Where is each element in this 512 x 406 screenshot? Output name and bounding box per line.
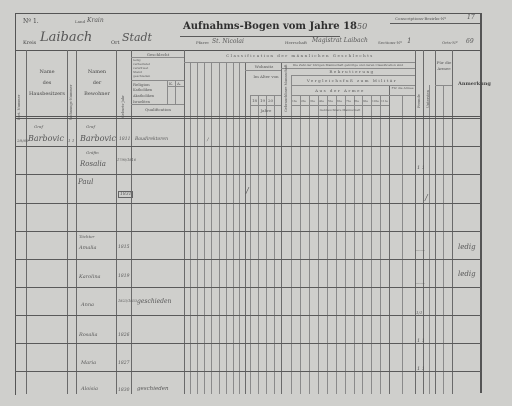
army-col-7: 7te — [346, 99, 354, 103]
land-label: Land — [75, 19, 85, 24]
army-col-1: 1fe — [292, 99, 301, 103]
col-bewohner-l3: Bewohner — [78, 89, 116, 100]
kreis-value: Laibach — [40, 30, 92, 45]
row5-marks: —— — [415, 281, 425, 287]
row0-bew-above: Graf — [86, 124, 95, 129]
row-separator — [15, 287, 481, 288]
row7-jahr: 1826 — [118, 333, 129, 338]
grid-line — [300, 95, 301, 394]
classification-title: Classification der männlichen Geschlecht… — [186, 53, 414, 58]
document-page: Nº 1. Land Krain Aufnahms-Bogen vom Jahr… — [0, 0, 512, 406]
sections-value: 1 — [407, 37, 411, 45]
col-im-alter: Im Alter von — [252, 74, 280, 79]
grid-line — [435, 85, 452, 86]
col-hausbesitzer: Name des Hausbesitzers — [28, 67, 66, 100]
row0-bew-name: Barbovic — [80, 134, 116, 143]
grid-line — [131, 104, 184, 105]
row-separator — [15, 315, 481, 316]
army-col-2: 2fe — [301, 99, 310, 103]
year-handwritten: 50 — [357, 22, 367, 31]
row0-qual: Baudirektoren — [135, 137, 168, 142]
row0-jahr: 1811 — [119, 137, 130, 142]
grid-line — [362, 95, 363, 394]
ort-label: Ort — [111, 40, 120, 46]
col-geburts-jahr: Geburts-Jahr — [121, 88, 125, 118]
orts-value: 69 — [466, 38, 474, 45]
row5-bew-name: Karolina — [79, 274, 101, 280]
col-fuer-armee: Für die Armee — [391, 86, 414, 90]
col-aus-der-armee: Aus der Armee — [291, 88, 389, 93]
army-col-5: 5te — [328, 99, 337, 103]
row2-bew-name: Paul — [78, 178, 93, 186]
row4-bew-name: Amalia — [79, 245, 97, 251]
herrschaft-value: Magistrat Laibach — [312, 37, 368, 44]
row9-qual: geschieden — [137, 386, 169, 392]
row0-wohnung: 1 1 — [68, 138, 74, 143]
year-printed: 18 — [343, 21, 357, 32]
col-wohnsitz: Wohnsitz — [248, 64, 280, 69]
grid-line — [354, 95, 355, 394]
grid-line — [291, 95, 415, 96]
conscriptions-value: 17 — [467, 14, 475, 21]
kreis-label: Kreis — [23, 40, 36, 46]
age-19: 19 — [260, 98, 265, 103]
row8-bew-name: Maria — [81, 360, 96, 366]
grid-line — [309, 95, 310, 394]
col-hausbesitzer-l3: Hausbesitzers — [28, 89, 66, 100]
grid-line — [389, 85, 390, 394]
grid-line — [291, 75, 292, 394]
row5-jahr: 1819 — [118, 274, 129, 279]
grid-line — [258, 95, 259, 394]
col-gebrauchbar-side: Gebrauchbare Mannschaft — [284, 90, 288, 112]
col-bewohner: Namen der Bewohner — [78, 67, 116, 100]
row9-bew-name: Aloisia — [81, 386, 98, 392]
row8-jahr: 1827 — [118, 361, 129, 366]
row-separator — [15, 203, 481, 204]
row-separator — [15, 174, 481, 175]
col-unterstand: Untersten — [426, 78, 430, 108]
col-fremde: Fremde — [417, 68, 421, 108]
row5-anmerkung: ledig — [458, 270, 476, 278]
orts-label: Orts-Nº — [442, 40, 458, 45]
form-title: Aufnahms-Bogen vom Jahre 1850 — [183, 21, 367, 32]
grid-line — [266, 95, 267, 394]
geschlecht-geschieden: geschieden — [133, 74, 150, 78]
row7-bew-name: Rosalia — [79, 332, 98, 338]
col-hausbesitzer-l2: des — [28, 78, 66, 89]
note-line: Die Zahl der übrigen Mannschaft gehörige… — [283, 63, 413, 67]
grid-line — [380, 95, 381, 394]
row4-jahr: 1815 — [118, 245, 129, 250]
grid-line — [429, 85, 430, 394]
army-col-9: 9te — [363, 99, 372, 103]
grid-line — [443, 85, 444, 394]
pfarre-value: St. Nicolai — [212, 38, 244, 45]
row-separator — [15, 146, 481, 147]
row0-haus-name: Barbovic — [28, 134, 64, 143]
grid-line — [291, 105, 389, 106]
row8-marks: 1 1 — [417, 366, 425, 372]
col-anmerkung: Anmerkung — [458, 81, 491, 87]
grid-line — [345, 95, 346, 394]
row2-jahr: 1831 — [118, 191, 133, 198]
grid-line — [371, 95, 372, 394]
row6-marks: 1/1 — [416, 310, 422, 315]
table-top-border — [15, 50, 481, 51]
row0-mark: / — [207, 137, 209, 143]
row-separator — [15, 259, 481, 260]
header-divider — [390, 23, 482, 24]
row0-fort-nr: 28/69 — [17, 138, 29, 143]
row6-bew-name: Anna — [81, 302, 94, 308]
grid-line — [250, 95, 281, 96]
army-col-11: 11te — [381, 99, 390, 103]
grid-line — [402, 95, 403, 394]
header-bottom-border-2 — [15, 118, 481, 119]
row-separator — [15, 231, 481, 232]
row1-bew-above: Gräfin — [86, 150, 99, 155]
row9-jahr: 1830 — [118, 388, 129, 393]
age-20: 20 — [268, 98, 273, 103]
col-wohnungs-nummer: Wohnungs-Nummer — [69, 80, 73, 120]
row0-haus-above: Graf — [34, 124, 43, 129]
grid-line — [233, 62, 234, 394]
col-qualification: Qualification — [132, 107, 184, 112]
ort-value: Stadt — [122, 31, 152, 44]
row4-anmerkung: ledig — [458, 243, 476, 251]
row2-mark-right: / — [425, 193, 428, 202]
grid-line — [211, 62, 212, 394]
land-value: Krain — [87, 17, 104, 24]
grid-line — [226, 62, 227, 394]
army-cols: 1fe 2fe 3te 4te 5te 6te 7te 8te 9te 10te… — [292, 99, 390, 103]
grid-line — [274, 95, 275, 394]
grid-line — [219, 62, 220, 394]
herrschaft-label: Herrschaft — [285, 40, 307, 45]
col-gebrauchbare-mannschaft: Gebrauchbare Mannschaft — [292, 108, 388, 112]
grid-line — [245, 70, 281, 71]
sections-label: Sections-Nº — [378, 40, 402, 45]
age-18: 18 — [252, 98, 257, 103]
row1-jahr: 1790/1816 — [117, 158, 129, 162]
col-hausbesitzer-l1: Name — [28, 67, 66, 78]
row6-jahr: 1823/1833 — [118, 299, 130, 303]
grid-line — [336, 95, 337, 394]
geschlecht-list: ledig verheiratet verwitwet Stand geschi… — [133, 58, 150, 78]
col-line — [245, 62, 246, 394]
army-col-3: 3te — [310, 99, 319, 103]
row7-marks: 1 1 — [417, 338, 425, 344]
header-bottom-border — [15, 116, 481, 117]
top-border — [15, 13, 481, 14]
col-rekrutierung: Rekrutierung — [291, 69, 413, 74]
pfarre-label: Pfarre — [196, 40, 209, 45]
religion-list: Katholiken Akatholiken Israeliten — [133, 87, 154, 105]
army-col-8: 8te — [354, 99, 363, 103]
row1-marks: 1 1 — [417, 165, 425, 171]
row1-bew-name: Rosalia — [80, 160, 106, 168]
grid-line — [291, 75, 415, 76]
col-jahre: Jahre — [252, 108, 280, 113]
grid-line — [175, 80, 176, 104]
col-bewohner-l1: Namen — [78, 67, 116, 78]
grid-line — [190, 62, 191, 394]
grid-line — [167, 86, 184, 87]
grid-line — [327, 95, 328, 394]
col-line — [281, 62, 282, 394]
col-bewohner-l2: der — [78, 78, 116, 89]
grid-line — [197, 62, 198, 394]
row6-qual: geschieden — [137, 298, 171, 305]
row-separator — [15, 371, 481, 372]
row4-bew-above: Töchter — [79, 234, 94, 239]
row4-marks: —— — [415, 248, 425, 254]
grid-line — [204, 62, 205, 394]
grid-line — [167, 80, 168, 104]
row2-mark-left: / — [246, 186, 249, 195]
grid-line — [239, 62, 240, 394]
conscriptions-label: Conscriptions-Bezirks-Nº — [395, 16, 446, 21]
col-vergleichsfuss: Vergleichsfuß zum Militär — [291, 78, 413, 83]
grid-line — [250, 95, 251, 394]
title-text: Aufnahms-Bogen vom Jahre — [183, 21, 340, 32]
sheet-number: Nº 1. — [23, 18, 39, 25]
army-col-6: 6te — [337, 99, 346, 103]
army-col-4: 4te — [319, 99, 328, 103]
grid-line — [250, 105, 281, 106]
row-separator — [15, 343, 481, 344]
col-fuer-armee-right: Für die Armee — [436, 60, 452, 72]
grid-line — [318, 95, 319, 394]
left-border — [15, 13, 16, 395]
army-col-10: 10te — [372, 99, 381, 103]
